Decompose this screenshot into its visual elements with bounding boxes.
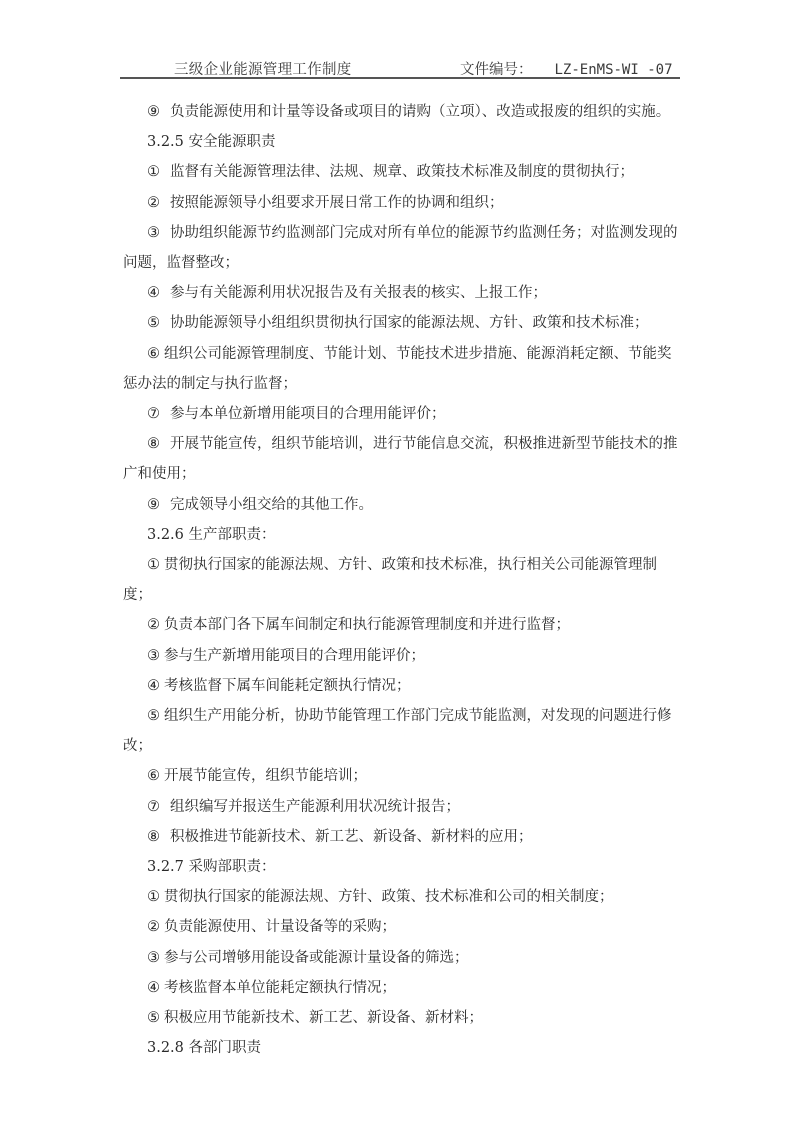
section-heading: 3.2.5 安全能源职责 xyxy=(123,127,683,157)
item-number: ③ xyxy=(147,225,160,241)
item-text: 组织公司能源管理制度、节能计划、节能技术进步措施、能源消耗定额、节能奖惩办法的制… xyxy=(123,346,672,392)
document-number-label: 文件编号： xyxy=(460,62,533,78)
item-number: ② xyxy=(147,919,160,935)
list-item: ①监督有关能源管理法律、法规、规章、政策技术标准及制度的贯彻执行； xyxy=(123,157,683,187)
item-text: 负责本部门各下属车间制定和执行能源管理制度和并进行监督； xyxy=(164,617,570,633)
item-text: 监督有关能源管理法律、法规、规章、政策技术标准及制度的贯彻执行； xyxy=(170,164,634,180)
item-text: 参与公司增够用能设备或能源计量设备的筛选； xyxy=(164,950,469,966)
item-text: 积极应用节能新技术、新工艺、新设备、新材料； xyxy=(164,1010,483,1026)
item-text: 考核监督本单位能耗定额执行情况； xyxy=(164,980,396,996)
item-number: ⑨ xyxy=(147,104,160,120)
list-item: ④考核监督下属车间能耗定额执行情况； xyxy=(123,671,683,701)
item-number: ③ xyxy=(147,950,160,966)
item-text: 协助能源领导小组组织贯彻执行国家的能源法规、方针、政策和技术标准； xyxy=(170,315,649,331)
list-item: ⑥开展节能宣传，组织节能培训； xyxy=(123,761,683,791)
list-item: ①贯彻执行国家的能源法规、方针、政策和技术标准，执行相关公司能源管理制度； xyxy=(123,550,683,610)
list-item: ①贯彻执行国家的能源法规、方针、政策、技术标准和公司的相关制度； xyxy=(123,882,683,912)
item-number: ⑦ xyxy=(147,406,160,422)
item-text: 贯彻执行国家的能源法规、方针、政策、技术标准和公司的相关制度； xyxy=(164,889,614,905)
item-number: ④ xyxy=(147,285,160,301)
list-item: ⑨负责能源使用和计量等设备或项目的请购（立项）、改造或报废的组织的实施。 xyxy=(123,97,683,127)
item-number: ① xyxy=(147,164,160,180)
list-item: ④考核监督本单位能耗定额执行情况； xyxy=(123,973,683,1003)
document-body: ⑨负责能源使用和计量等设备或项目的请购（立项）、改造或报废的组织的实施。3.2.… xyxy=(123,97,683,1064)
list-item: ⑦参与本单位新增用能项目的合理用能评价； xyxy=(123,399,683,429)
document-number-code: LZ-EnMS-WI -07 xyxy=(555,62,673,78)
document-number: 文件编号：LZ-EnMS-WI -07 xyxy=(460,58,673,79)
item-number: ① xyxy=(147,889,160,905)
item-number: ⑥ xyxy=(147,346,160,362)
list-item: ②负责能源使用、计量设备等的采购； xyxy=(123,912,683,942)
item-number: ① xyxy=(147,557,160,573)
item-number: ⑤ xyxy=(147,315,160,331)
item-number: ⑧ xyxy=(147,829,160,845)
list-item: ⑨完成领导小组交给的其他工作。 xyxy=(123,490,683,520)
list-item: ②负责本部门各下属车间制定和执行能源管理制度和并进行监督； xyxy=(123,610,683,640)
item-text: 参与有关能源利用状况报告及有关报表的核实、上报工作； xyxy=(170,285,547,301)
section-heading: 3.2.7 采购部职责： xyxy=(123,852,683,882)
item-number: ⑨ xyxy=(147,497,160,513)
item-number: ② xyxy=(147,195,160,211)
item-text: 考核监督下属车间能耗定额执行情况； xyxy=(164,678,411,694)
page-header: 三级企业能源管理工作制度 文件编号：LZ-EnMS-WI -07 xyxy=(122,58,680,78)
list-item: ③协助组织能源节约监测部门完成对所有单位的能源节约监测任务；对监测发现的问题，监… xyxy=(123,218,683,278)
item-text: 负责能源使用、计量设备等的采购； xyxy=(164,919,396,935)
item-text: 协助组织能源节约监测部门完成对所有单位的能源节约监测任务；对监测发现的问题，监督… xyxy=(123,225,678,271)
list-item: ⑤协助能源领导小组组织贯彻执行国家的能源法规、方针、政策和技术标准； xyxy=(123,308,683,338)
header-rule xyxy=(120,77,680,79)
list-item: ⑧开展节能宣传，组织节能培训，进行节能信息交流，积极推进新型节能技术的推广和使用… xyxy=(123,429,683,489)
list-item: ⑥组织公司能源管理制度、节能计划、节能技术进步措施、能源消耗定额、节能奖惩办法的… xyxy=(123,339,683,399)
item-number: ⑧ xyxy=(147,436,160,452)
list-item: ③参与生产新增用能项目的合理用能评价； xyxy=(123,641,683,671)
list-item: ②按照能源领导小组要求开展日常工作的协调和组织； xyxy=(123,188,683,218)
item-text: 参与本单位新增用能项目的合理用能评价； xyxy=(170,406,446,422)
list-item: ⑧积极推进节能新技术、新工艺、新设备、新材料的应用； xyxy=(123,822,683,852)
item-text: 开展节能宣传，组织节能培训； xyxy=(164,768,367,784)
list-item: ⑦组织编写并报送生产能源利用状况统计报告； xyxy=(123,792,683,822)
item-text: 积极推进节能新技术、新工艺、新设备、新材料的应用； xyxy=(170,829,533,845)
item-number: ④ xyxy=(147,678,160,694)
item-number: ⑥ xyxy=(147,768,160,784)
item-text: 组织生产用能分析，协助节能管理工作部门完成节能监测，对发现的问题进行修改； xyxy=(123,708,672,754)
item-text: 贯彻执行国家的能源法规、方针、政策和技术标准，执行相关公司能源管理制度； xyxy=(123,557,657,603)
item-text: 按照能源领导小组要求开展日常工作的协调和组织； xyxy=(170,195,504,211)
item-text: 组织编写并报送生产能源利用状况统计报告； xyxy=(170,799,460,815)
list-item: ④参与有关能源利用状况报告及有关报表的核实、上报工作； xyxy=(123,278,683,308)
document-title: 三级企业能源管理工作制度 xyxy=(174,58,352,79)
item-text: 完成领导小组交给的其他工作。 xyxy=(170,497,373,513)
list-item: ⑤组织生产用能分析，协助节能管理工作部门完成节能监测，对发现的问题进行修改； xyxy=(123,701,683,761)
item-text: 参与生产新增用能项目的合理用能评价； xyxy=(164,648,425,664)
list-item: ③参与公司增够用能设备或能源计量设备的筛选； xyxy=(123,943,683,973)
section-heading: 3.2.8 各部门职责 xyxy=(123,1033,683,1063)
item-text: 开展节能宣传，组织节能培训，进行节能信息交流，积极推进新型节能技术的推广和使用； xyxy=(123,436,678,482)
item-number: ④ xyxy=(147,980,160,996)
item-number: ⑦ xyxy=(147,799,160,815)
section-heading: 3.2.6 生产部职责： xyxy=(123,520,683,550)
item-number: ⑤ xyxy=(147,708,160,724)
item-number: ② xyxy=(147,617,160,633)
list-item: ⑤积极应用节能新技术、新工艺、新设备、新材料； xyxy=(123,1003,683,1033)
item-number: ③ xyxy=(147,648,160,664)
item-number: ⑤ xyxy=(147,1010,160,1026)
item-text: 负责能源使用和计量等设备或项目的请购（立项）、改造或报废的组织的实施。 xyxy=(170,104,670,120)
